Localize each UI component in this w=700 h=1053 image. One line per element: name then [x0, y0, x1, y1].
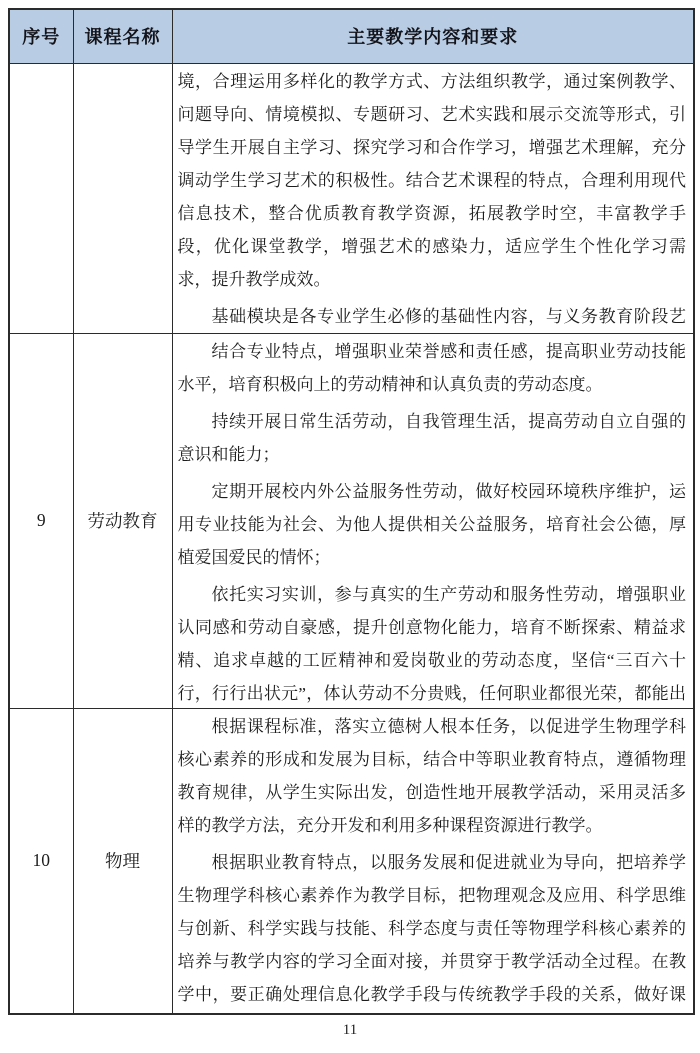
content-paragraph: 境，合理运用多样化的教学方式、方法组织教学，通过案例教学、问题导向、情境模拟、专…	[178, 65, 687, 296]
table-row-labor-education: 9 劳动教育 结合专业特点，增强职业荣誉感和责任感，提高职业劳动技能水平，培育积…	[9, 333, 694, 708]
content-paragraph: 根据职业教育特点，以服务发展和促进就业为导向，把培养学生物理学科核心素养作为教学…	[178, 846, 687, 1013]
content-paragraph: 根据课程标准，落实立德树人根本任务，以促进学生物理学科核心素养的形成和发展为目标…	[178, 710, 687, 842]
content-paragraph: 定期开展校内外公益服务性劳动，做好校园环境秩序维护，运用专业技能为社会、为他人提…	[178, 475, 687, 574]
table-row-physics: 10 物理 根据课程标准，落实立德树人根本任务，以促进学生物理学科核心素养的形成…	[9, 708, 694, 1014]
content-paragraph: 基础模块是各专业学生必修的基础性内容，与义务教育阶段艺术相关课程内容衔接，包括音…	[178, 300, 687, 332]
seq-cell: 9	[9, 333, 73, 708]
page-number: 11	[0, 1022, 700, 1039]
content-paragraph: 依托实习实训，参与真实的生产劳动和服务性劳动，增强职业认同感和劳动自豪感，提升创…	[178, 578, 687, 707]
document-page: 序号 课程名称 主要教学内容和要求 境，合理运用多样化的教学方式、方法组织教学，…	[0, 0, 700, 1053]
header-row: 序号 课程名称 主要教学内容和要求	[9, 9, 694, 63]
course-cell: 劳动教育	[73, 333, 172, 708]
content-cell: 境，合理运用多样化的教学方式、方法组织教学，通过案例教学、问题导向、情境模拟、专…	[172, 63, 694, 333]
course-cell: 物理	[73, 708, 172, 1014]
seq-cell	[9, 63, 73, 333]
curriculum-table: 序号 课程名称 主要教学内容和要求 境，合理运用多样化的教学方式、方法组织教学，…	[8, 8, 695, 1015]
header-cell-content: 主要教学内容和要求	[172, 9, 694, 63]
header-cell-seq: 序号	[9, 9, 73, 63]
content-cell: 根据课程标准，落实立德树人根本任务，以促进学生物理学科核心素养的形成和发展为目标…	[172, 708, 694, 1014]
course-cell	[73, 63, 172, 333]
content-paragraph: 结合专业特点，增强职业荣誉感和责任感，提高职业劳动技能水平，培育积极向上的劳动精…	[178, 335, 687, 401]
content-cell: 结合专业特点，增强职业荣誉感和责任感，提高职业劳动技能水平，培育积极向上的劳动精…	[172, 333, 694, 708]
table-row-continuation: 境，合理运用多样化的教学方式、方法组织教学，通过案例教学、问题导向、情境模拟、专…	[9, 63, 694, 333]
table-header: 序号 课程名称 主要教学内容和要求	[9, 9, 694, 63]
header-cell-course: 课程名称	[73, 9, 172, 63]
content-paragraph: 持续开展日常生活劳动，自我管理生活，提高劳动自立自强的意识和能力；	[178, 405, 687, 471]
seq-cell: 10	[9, 708, 73, 1014]
